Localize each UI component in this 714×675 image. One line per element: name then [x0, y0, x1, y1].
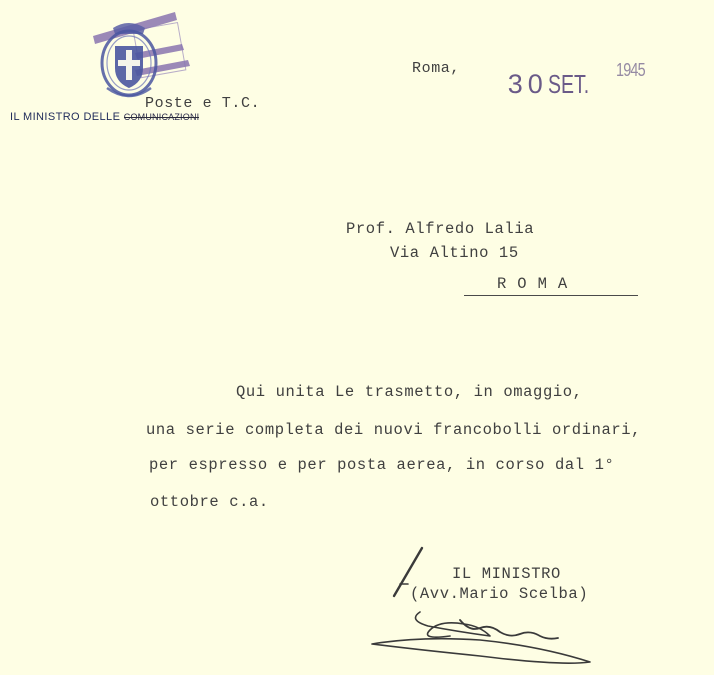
date-stamp-year: 1945 — [616, 60, 645, 81]
letter-page: Poste e T.C. IL MINISTRO DELLE COMUNICAZ… — [0, 0, 714, 675]
body-line-4: ottobre c.a. — [150, 495, 269, 511]
ministry-correction-typed: Poste e T.C. — [145, 96, 260, 111]
recipient-city: ROMA — [497, 277, 578, 293]
savoy-coat-of-arms-icon — [85, 8, 195, 103]
body-line-3: per espresso e per posta aerea, in corso… — [149, 458, 614, 474]
body-line-2: una serie completa dei nuovi francobolli… — [146, 423, 641, 439]
recipient-street: Via Altino 15 — [390, 246, 519, 262]
signature-title: IL MINISTRO — [452, 567, 561, 583]
ministry-struck-word: COMUNICAZIONI — [124, 112, 200, 122]
recipient-name: Prof. Alfredo Lalia — [346, 222, 534, 238]
body-line-1: Qui unita Le trasmetto, in omaggio, — [236, 385, 583, 401]
date-stamp-day: 30 — [508, 69, 548, 99]
handwritten-signature-icon — [360, 540, 620, 670]
ministry-header: IL MINISTRO DELLE COMUNICAZIONI — [10, 111, 199, 123]
dateline-place: Roma, — [412, 61, 460, 76]
ministry-prefix: IL MINISTRO DELLE — [10, 111, 124, 123]
signature-name: (Avv.Mario Scelba) — [410, 587, 588, 603]
city-underline — [464, 295, 638, 296]
date-stamp: 30SET.1945 — [490, 51, 603, 118]
date-stamp-month: SET. — [548, 69, 589, 100]
